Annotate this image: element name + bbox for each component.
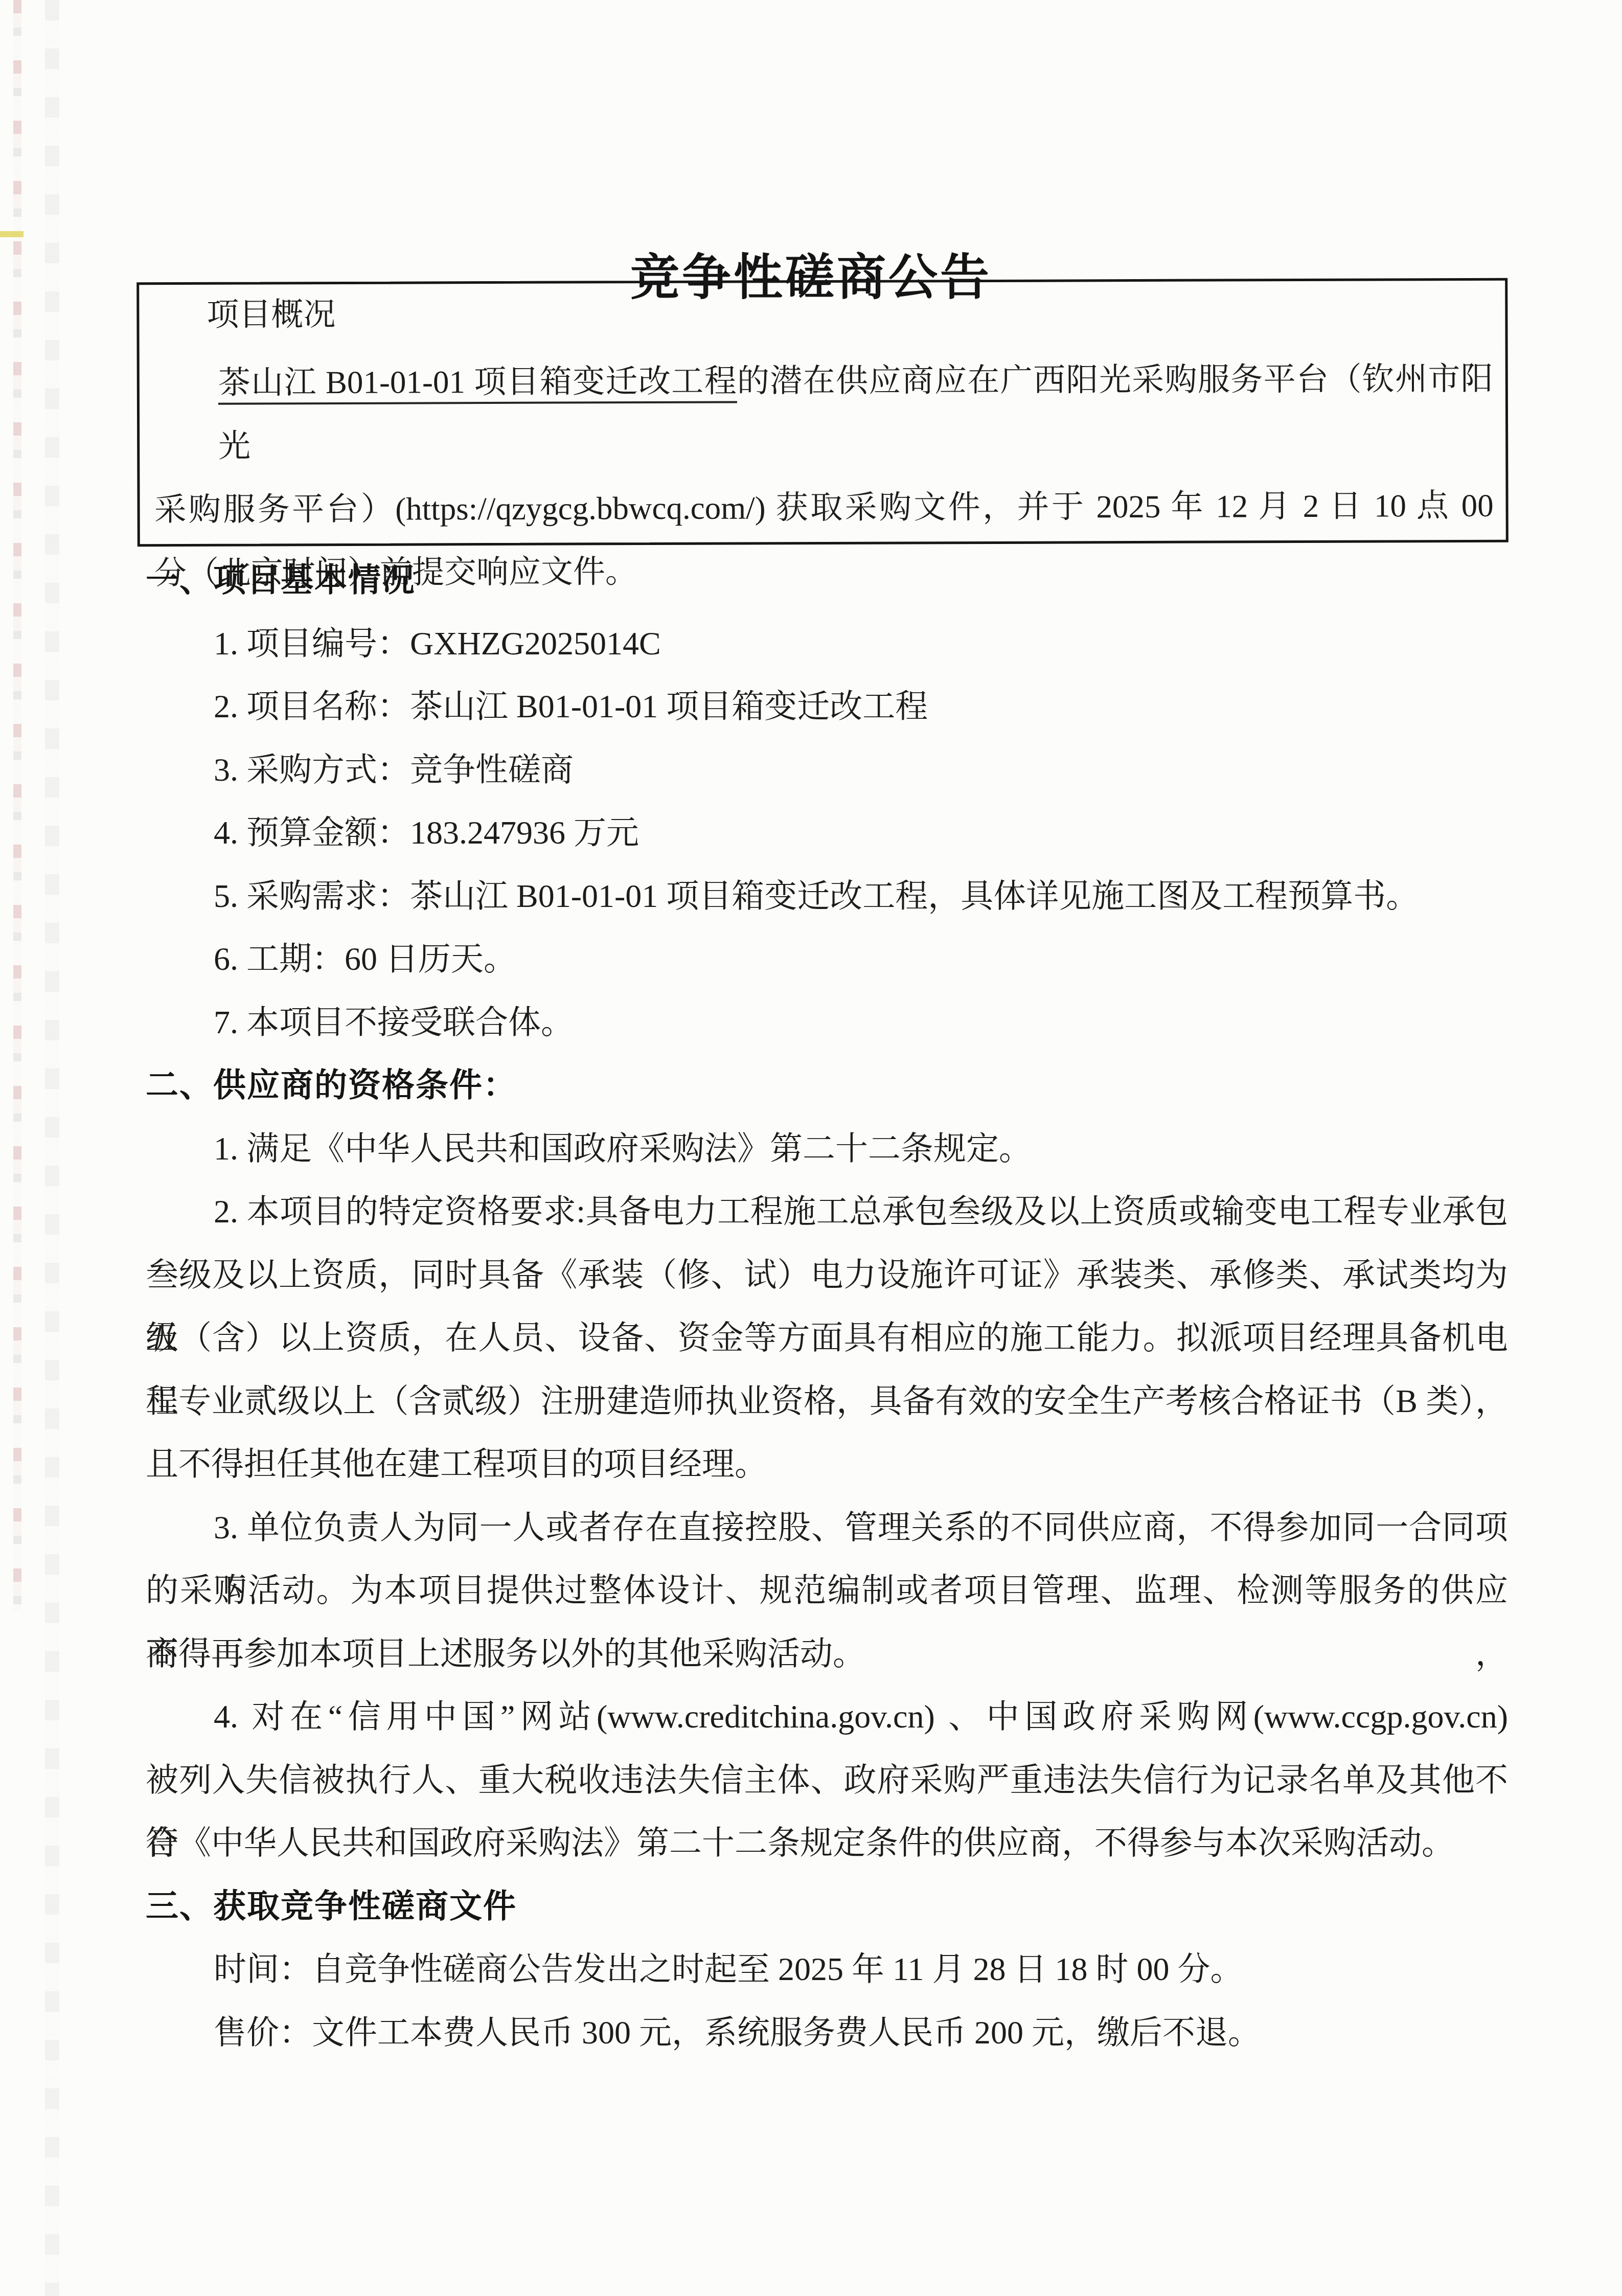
scanned-document-page: { "title": "竞争性磋商公告", "overview": { "lab… — [0, 0, 1622, 2296]
text-line: 叁级及以上资质，同时具备《承装（修、试）电力设施许可证》承装类、承修类、承试类均… — [146, 1243, 1508, 1307]
text-line: 6. 工期：60 日历天。 — [146, 927, 1508, 991]
text-line: 4. 对在“信用中国”网站(www.creditchina.gov.cn) 、中… — [146, 1685, 1508, 1748]
text-line: 级（含）以上资质，在人员、设备、资金等方面具有相应的施工能力。拟派项目经理具备机… — [146, 1306, 1508, 1370]
text-line: 程专业贰级以上（含贰级）注册建造师执业资格，具备有效的安全生产考核合格证书（B … — [146, 1370, 1508, 1433]
text-line: 2. 本项目的特定资格要求:具备电力工程施工总承包叁级及以上资质或输变电工程专业… — [146, 1180, 1508, 1243]
section-heading: 三、获取竞争性磋商文件 — [146, 1875, 1508, 1938]
section-heading: 一、项目基本情况 — [146, 549, 1508, 612]
text-line: 1. 满足《中华人民共和国政府采购法》第二十二条规定。 — [146, 1117, 1508, 1180]
text-line: 3. 单位负责人为同一人或者存在直接控股、管理关系的不同供应商，不得参加同一合同… — [146, 1496, 1508, 1559]
text-line: 7. 本项目不接受联合体。 — [146, 991, 1508, 1054]
document-body: 一、项目基本情况1. 项目编号：GXHZG2025014C2. 项目名称：茶山江… — [146, 549, 1508, 2064]
text-line: 售价：文件工本费人民币 300 元，系统服务费人民币 200 元，缴后不退。 — [146, 2001, 1508, 2064]
text-line: 1. 项目编号：GXHZG2025014C — [146, 612, 1508, 675]
text-line: 时间：自竞争性磋商公告发出之时起至 2025 年 11 月 28 日 18 时 … — [146, 1938, 1508, 2001]
text-line: 2. 项目名称：茶山江 B01-01-01 项目箱变迁改工程 — [146, 675, 1508, 738]
text-line: 且不得担任其他在建工程项目的项目经理。 — [146, 1433, 1508, 1496]
text-line: 的采购活动。为本项目提供过整体设计、规范编制或者项目管理、监理、检测等服务的供应… — [146, 1559, 1508, 1622]
overview-label: 项目概况 — [207, 293, 1505, 333]
text-line: 5. 采购需求：茶山江 B01-01-01 项目箱变迁改工程，具体详见施工图及工… — [146, 865, 1508, 928]
scan-artifact-mark — [0, 231, 24, 237]
section-heading: 二、供应商的资格条件： — [146, 1054, 1508, 1117]
project-overview-box: 项目概况 茶山江 B01-01-01 项目箱变迁改工程的潜在供应商应在广西阳光采… — [136, 278, 1509, 547]
text-line: 3. 采购方式：竞争性磋商 — [146, 738, 1508, 802]
scan-artifact-streak — [45, 0, 59, 2296]
text-line: 合《中华人民共和国政府采购法》第二十二条规定条件的供应商，不得参与本次采购活动。 — [146, 1811, 1508, 1875]
text-line: 4. 预算金额：183.247936 万元 — [146, 801, 1508, 865]
overview-paragraph-line: 采购服务平台）(https://qzygcg.bbwcq.com/) 获取采购文… — [154, 474, 1493, 541]
overview-paragraph-line: 茶山江 B01-01-01 项目箱变迁改工程的潜在供应商应在广西阳光采购服务平台… — [154, 347, 1494, 478]
underlined-project-name: 茶山江 B01-01-01 项目箱变迁改工程 — [218, 363, 737, 405]
text-line: 被列入失信被执行人、重大税收违法失信主体、政府采购严重违法失信行为记录名单及其他… — [146, 1748, 1508, 1812]
